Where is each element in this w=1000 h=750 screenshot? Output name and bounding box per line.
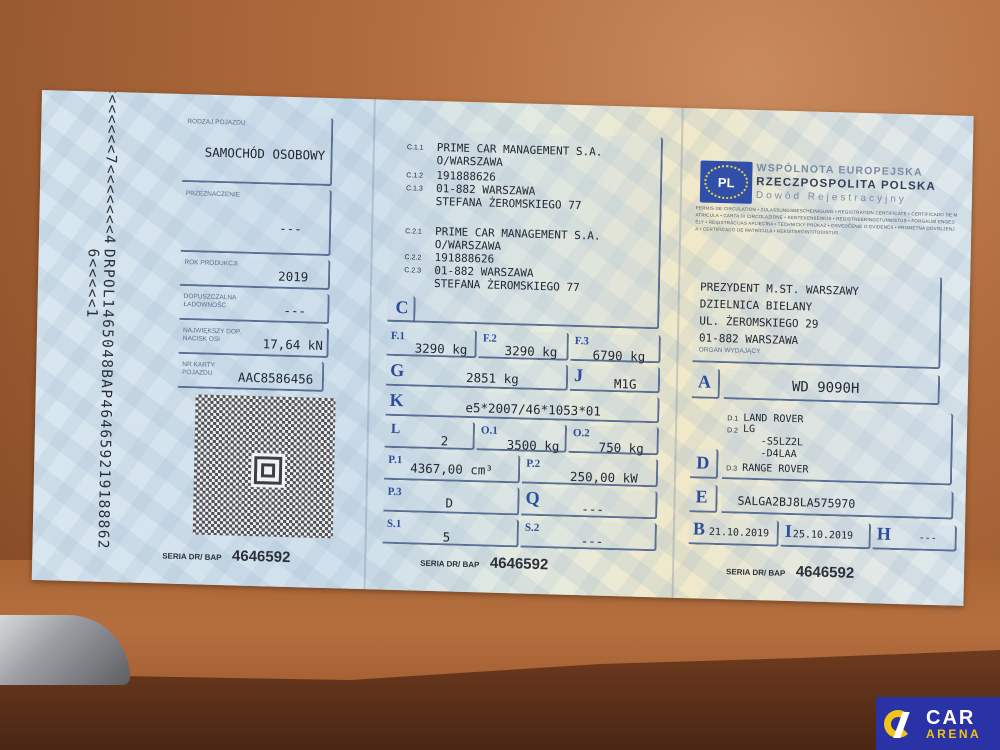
code-p3: P.3 [388,486,402,498]
field-vehicle-type: RODZAJ POJAZDU SAMOCHÓD OSOBOWY [182,114,333,186]
type-variant: LG -S5LZ2L -D4LAA [742,424,803,462]
code-p2: P.2 [526,458,540,470]
value-o1: 3500 kg [507,437,560,453]
seria-number: 4646592 [796,563,855,582]
authority-label: ORGAN WYDAJĄCY [699,346,761,356]
qr-code [193,394,336,538]
value-p1: 4367,00 cm³ [410,460,493,477]
value-l: 2 [441,433,449,448]
field-value: 2019 [278,269,308,285]
field-value: SAMOCHÓD OSOBOWY [205,145,326,163]
code-c13: C.1.3 [406,185,423,192]
field-purpose: PRZEZNACZENIE --- [181,186,332,256]
field-value: --- [279,221,302,237]
text-line: LG [743,424,803,438]
seria-left: SERIA DR/ BAP 4646592 [162,546,290,568]
code-p1: P.1 [388,454,402,466]
value-h: --- [919,533,937,545]
registration-number: WD 9090H [792,379,860,397]
owner-c11: PRIME CAR MANAGEMENT S.A. O/WARSZAWA [436,141,602,172]
code-l: L [391,422,401,438]
seria-number: 4646592 [490,555,549,574]
seria-label: SERIA DR/ BAP [162,552,221,563]
code-f3: F.3 [575,335,589,347]
field-label: NR KARTY POJAZDU [182,361,232,378]
code-c22: C.2.2 [404,254,421,261]
mrz-zone: DRPOL1465048BAP464659219188862 6<<<<<1 S… [40,108,119,550]
owner-c13: 01-882 WARSZAWA STEFANA ŻEROMSKIEGO 77 [436,182,582,212]
code-s2: S.2 [525,522,540,534]
value-s1: 5 [443,529,451,544]
logo-line-2: ARENA [926,728,981,740]
field-axle-load: NAJWIĘKSZY DOP. NACISK OSI 17,64 kN [179,324,330,358]
value-s2: --- [581,533,604,549]
code-f2: F.2 [483,332,497,344]
seria-label: SERIA DR/ BAP [420,559,479,570]
code-d2: D.2 [727,427,738,434]
logo-text: CAR ARENA [926,708,981,740]
code-d3: D.3 [726,465,737,472]
seria-right: SERIA DR/ BAP 4646592 [726,561,854,583]
field-value: AAC8586456 [238,370,314,387]
code-o2: O.2 [573,427,590,439]
mrz-line-2: SALGA2BJ8LA575970<<<<<<<<7<<<<<<<4 [47,90,124,245]
model: RANGE ROVER [742,462,808,477]
car-arena-logo: CAR ARENA [876,697,1000,750]
field-value: 17,64 kN [263,336,324,353]
field-label: DOPUSZCZALNA ŁADOWNOŚĆ [183,293,263,311]
country-code: PL [700,160,753,203]
car-arena-mark-icon [884,708,916,740]
fold-line [364,99,376,589]
eu-flag-icon: PL [700,160,753,203]
authority-text: PREZYDENT M.ST. WARSZAWY DZIELNICA BIELA… [699,278,859,350]
value-f1: 3290 kg [415,341,468,357]
mrz-line-1: DRPOL1465048BAP464659219188862 6<<<<<1 [40,247,116,550]
field-label: PRZEZNACZENIE [186,190,240,200]
value-p3: D [445,495,453,510]
code-c23: C.2.3 [404,267,421,274]
field-s1 [383,516,520,548]
logo-line-1: CAR [926,708,981,728]
code-c11: C.1.1 [407,144,424,151]
code-k: K [389,390,403,411]
field-production-year: ROK PRODUKCJI 2019 [180,256,331,290]
code-a: A [698,371,711,392]
left-panel: RODZAJ POJAZDU SAMOCHÓD OSOBOWY PRZEZNAC… [42,90,974,116]
seria-label: SERIA DR/ BAP [726,567,785,578]
value-j: M1G [614,376,637,392]
field-vehicle-card-number: NR KARTY POJAZDU AAC8586456 [178,358,325,392]
code-e: E [695,486,707,507]
code-f1: F.1 [391,330,405,342]
multilingual-microtext: PERMIS DE CIRCULATION • ZULASSUNGSBESCHE… [695,204,957,239]
issue-date: 25.10.2019 [793,529,853,542]
code-i: I [785,521,792,542]
code-j: J [574,365,583,386]
code-c21: C.2.1 [405,228,422,235]
field-value: --- [283,303,306,319]
code-d1: D.1 [727,415,738,422]
code-h: H [877,523,891,544]
code-q: Q [525,488,539,509]
field-label: ROK PRODUKCJI [184,259,244,269]
value-f2: 3290 kg [504,343,557,359]
registration-certificate: DRPOL1465048BAP464659219188862 6<<<<<1 S… [32,90,974,606]
code-b: B [693,518,705,539]
code-d: D [696,452,709,473]
first-registration-date: 21.10.2019 [709,527,769,540]
value-q: --- [581,501,604,517]
code-o1: O.1 [481,424,498,436]
middle-panel: C.1.1 PRIME CAR MANAGEMENT S.A. O/WARSZA… [42,90,974,116]
value-f3: 6790 kg [592,347,645,363]
field-label: NAJWIĘKSZY DOP. NACISK OSI [183,327,263,345]
code-c: C [395,297,408,318]
fold-line [672,108,684,598]
text-line: -D4LAA [742,448,802,462]
seria-number: 4646592 [232,547,291,566]
code-c12: C.1.2 [406,172,423,179]
value-g: 2851 kg [466,370,519,386]
field-payload: DOPUSZCZALNA ŁADOWNOŚĆ --- [179,290,330,324]
value-p2: 250,00 kW [570,469,638,486]
header-doc-title: Dowód Rejestracyjny [756,190,907,205]
code-g: G [390,360,404,381]
value-o2: 750 kg [598,440,643,456]
code-s1: S.1 [387,518,402,530]
right-panel: PL WSPÓLNOTA EUROPEJSKA RZECZPOSPOLITA P… [42,90,974,116]
owner-c23: 01-882 WARSZAWA STEFANA ŻEROMSKIEGO 77 [434,264,580,294]
seria-middle: SERIA DR/ BAP 4646592 [420,553,548,575]
field-label: RODZAJ POJAZDU [187,118,245,128]
